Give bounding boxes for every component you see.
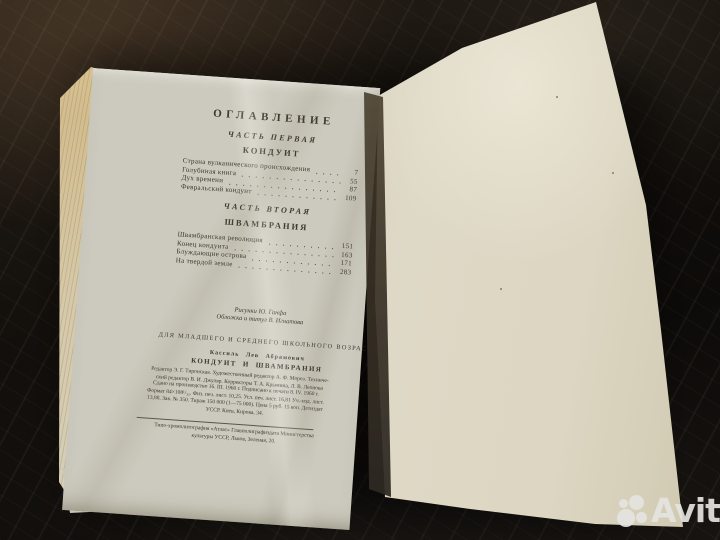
dot-leader	[235, 264, 334, 275]
author-name: Кассиль Лев Абрамович	[157, 346, 357, 366]
logo-circle	[617, 509, 635, 527]
editors-line: Редактор Э. Г. Тиронская. Художественный…	[138, 365, 342, 387]
part1-heading: КОНДУИТ	[171, 140, 371, 164]
toc-title: ОГЛАВЛЕНИЕ	[174, 105, 374, 131]
paper-speck	[500, 288, 502, 290]
toc-entry-title: Швамбранская революция	[177, 230, 263, 244]
book-photo: ОГЛАВЛЕНИЕ ЧАСТЬ ПЕРВАЯ КОНДУИТ Страна в…	[0, 0, 720, 540]
illustrator-credit: Рисунки Ю. Ганфа	[160, 301, 360, 323]
part2-label: ЧАСТЬ ВТОРАЯ	[168, 198, 368, 221]
toc-entry-title: Конец кондуита	[177, 239, 229, 251]
paper-speck	[612, 172, 614, 174]
dot-leader	[266, 241, 337, 250]
imprint-line: УССР. Киев, Кирова, 34.	[132, 401, 336, 423]
printer-line: Типо-хромолитография «Атлас» Главполигра…	[132, 421, 336, 443]
toc-entry-title: Февральский кондуит	[181, 182, 252, 195]
book-title: КОНДУИТ И ШВАМБРАНИЯ	[157, 354, 357, 376]
logo-circle	[619, 499, 628, 508]
toc-entry-page: 151	[339, 242, 354, 251]
dot-leader	[249, 257, 335, 267]
logo-circle	[629, 495, 644, 510]
imprint-line: Формат 84×108¹/₃₂. Физ. печ. лист. 10,25…	[133, 386, 337, 408]
dot-leader	[313, 170, 341, 176]
avito-wordmark: Avito	[651, 493, 720, 528]
dot-leader	[226, 181, 340, 193]
toc-entry: Голубиная книга 55	[182, 165, 358, 186]
part1-label: ЧАСТЬ ПЕРВАЯ	[173, 126, 373, 149]
toc-entry-title: На твердой земле	[176, 256, 233, 268]
toc-entry-page: 283	[337, 267, 352, 276]
toc-part1-entries: Страна вулканического происхождения 7 Го…	[181, 156, 359, 202]
logo-circle	[636, 512, 647, 523]
editors-block: Редактор Э. Г. Тиронская. Художественный…	[137, 365, 342, 394]
toc-entry-page: 87	[343, 185, 358, 194]
divider-rule	[137, 417, 314, 430]
toc-entry-title: Голубиная книга	[182, 165, 237, 177]
toc-entry: Страна вулканического происхождения 7	[182, 156, 358, 177]
dot-leader	[239, 173, 341, 184]
toc-entry-page: 109	[342, 193, 357, 202]
avito-watermark: Avito	[614, 493, 720, 528]
toc-entry: Дух времени 87	[181, 173, 357, 194]
part2-heading: ШВАМБРАНИЯ	[166, 213, 366, 237]
dot-leader	[231, 247, 335, 258]
imprint-block: Сдано на производство 16. III. 1960 г. П…	[132, 379, 338, 423]
toc-entry-page: 7	[344, 168, 359, 177]
toc-entry-title: Дух времени	[181, 173, 223, 184]
toc-entry-title: Блуждающие острова	[176, 247, 247, 260]
imprint-line: 13,88. Зак. № 350. Тираж 150 000 (1—75 0…	[133, 394, 337, 416]
editors-line: ский редактор В. И. Джуляр. Корректоры Т…	[137, 372, 341, 394]
toc-entry: На твердой земле 283	[176, 256, 352, 277]
toc-entry: Блуждающие острова 171	[176, 247, 352, 268]
toc-entry-title: Страна вулканического происхождения	[182, 156, 310, 173]
toc-entry: Швамбранская революция 151	[177, 230, 353, 251]
toc-part2-entries: Швамбранская революция 151 Конец кондуит…	[176, 230, 354, 276]
left-contents-page: ОГЛАВЛЕНИЕ ЧАСТЬ ПЕРВАЯ КОНДУИТ Страна в…	[62, 68, 380, 530]
toc-entry-page: 55	[344, 176, 359, 185]
toc-entry-page: 171	[338, 259, 353, 268]
toc-entry: Конец кондуита 163	[177, 239, 353, 260]
paper-speck	[556, 96, 558, 98]
cover-credit: Обложка и титул В. Игнатова	[160, 309, 360, 331]
audience-note: ДЛЯ МЛАДШЕГО И СРЕДНЕГО ШКОЛЬНОГО ВОЗРАС…	[158, 331, 358, 352]
toc-entry-page: 163	[338, 250, 353, 259]
printer-line: культуры УССР, Львов, Зеленая, 20.	[131, 428, 335, 450]
dot-leader	[254, 192, 339, 202]
imprint-line: Сдано на производство 16. III. 1960 г. П…	[134, 379, 338, 401]
avito-logo-icon	[614, 493, 648, 528]
printer-block: Типо-хромолитография «Атлас» Главполигра…	[131, 421, 336, 450]
toc-entry: Февральский кондуит 109	[181, 182, 357, 203]
